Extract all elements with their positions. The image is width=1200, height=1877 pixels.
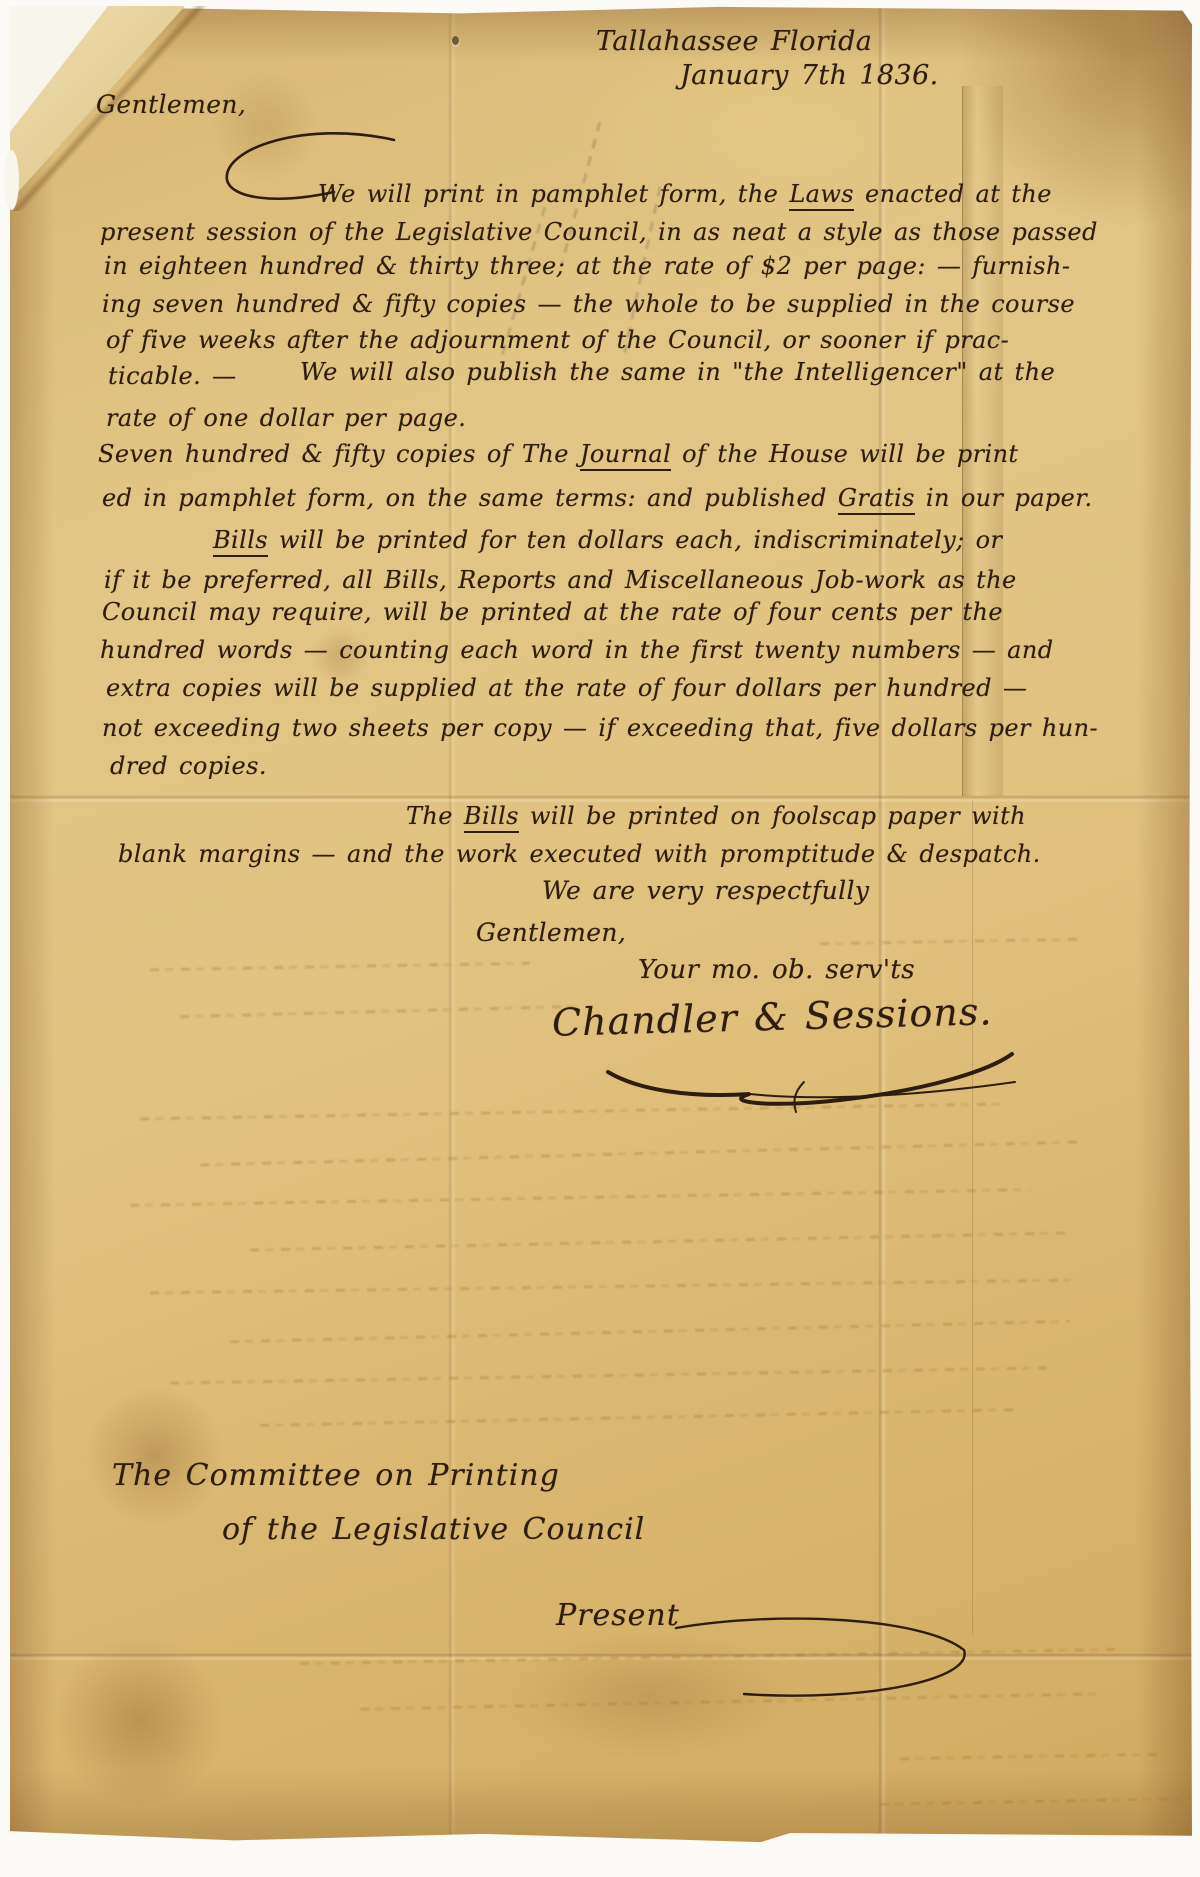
body-line: if it be preferred, all Bills, Reports a… [104, 566, 1017, 594]
closing-gentlemen: Gentlemen, [476, 918, 626, 947]
closing-servants: Your mo. ob. serv'ts [638, 955, 915, 985]
body-line: hundred words — counting each word in th… [100, 636, 1054, 664]
body-line: Bills will be printed for ten dollars ea… [213, 526, 1002, 554]
body-line: ticable. — [108, 362, 237, 390]
present-flourish [662, 1608, 992, 1720]
body-line: dred copies. [110, 752, 267, 780]
body-line: not exceeding two sheets per copy — if e… [102, 714, 1098, 742]
body-line: The Bills will be printed on foolscap pa… [406, 802, 1026, 830]
line-text: Seven hundred & fifty copies of The [98, 440, 580, 468]
dateline-place: Tallahassee Florida [596, 26, 872, 57]
line-text: in our paper. [915, 484, 1093, 512]
salutation: Gentlemen, [96, 90, 246, 119]
dateline-date: January 7th 1836. [680, 60, 939, 91]
line-text: enacted at the [854, 180, 1052, 208]
underlined-word: Bills [213, 526, 268, 557]
pin-hole [452, 36, 459, 45]
body-line: ing seven hundred & fifty copies — the w… [102, 290, 1075, 318]
line-text: We will print in pamphlet form, the [318, 180, 789, 208]
signature-flourish [598, 1042, 1023, 1114]
body-line: rate of one dollar per page. [106, 404, 466, 432]
body-line: in eighteen hundred & thirty three; at t… [104, 252, 1070, 280]
underlined-word: Gratis [838, 484, 915, 515]
line-text: of the House will be print [671, 440, 1018, 468]
body-line: present session of the Legislative Counc… [100, 218, 1098, 246]
body-line: of five weeks after the adjournment of t… [106, 326, 1009, 354]
closing-respectfully: We are very respectfully [542, 876, 869, 905]
scanned-letter-page: Tallahassee Florida January 7th 1836. Ge… [0, 0, 1200, 1877]
line-text: ed in pamphlet form, on the same terms: … [102, 484, 838, 512]
line-text: will be printed for ten dollars each, in… [268, 526, 1002, 554]
underlined-word: Laws [789, 180, 854, 211]
body-line: blank margins — and the work executed wi… [118, 840, 1041, 868]
second-sheet-edge-lower [972, 800, 973, 1635]
underlined-word: Bills [464, 802, 519, 833]
edge-tear [4, 150, 19, 210]
body-line: extra copies will be supplied at the rat… [106, 674, 1027, 702]
body-line: We will print in pamphlet form, the Laws… [318, 180, 1052, 208]
body-line: Council may require, will be printed at … [102, 598, 1003, 626]
line-text: will be printed on foolscap paper with [519, 802, 1026, 830]
line-text: The [406, 802, 464, 830]
underlined-word: Journal [580, 440, 671, 471]
address-line: of the Legislative Council [222, 1512, 645, 1547]
body-line: We will also publish the same in "the In… [300, 358, 1055, 386]
body-line: Seven hundred & fifty copies of The Jour… [98, 440, 1018, 468]
address-line: The Committee on Printing [112, 1458, 560, 1493]
body-line: ed in pamphlet form, on the same terms: … [102, 484, 1093, 512]
